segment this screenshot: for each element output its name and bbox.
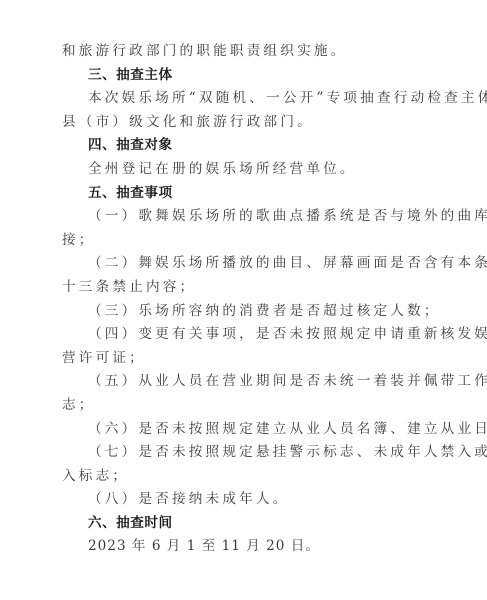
check-item-7-continued: 入标志； xyxy=(62,465,434,489)
check-item-2: （二）舞娱乐场所播放的曲目、屏幕画面是否含有本条例第 xyxy=(62,252,434,276)
section-heading-subject: 三、抽查主体 xyxy=(62,64,434,88)
check-item-1: （一）歌舞娱乐场所的歌曲点播系统是否与境外的曲库联 xyxy=(62,205,434,229)
section-heading-items: 五、抽查事项 xyxy=(62,182,434,206)
check-item-2-continued: 十三条禁止内容； xyxy=(62,276,434,300)
paragraph-line: 和旅游行政部门的职能职责组织实施。 xyxy=(62,40,434,64)
inspection-date-range: 2023 年 6 月 1 至 11 月 20 日。 xyxy=(62,535,434,559)
check-item-4-continued: 营许可证； xyxy=(62,347,434,371)
document-body: 和旅游行政部门的职能职责组织实施。 三、抽查主体 本次娱乐场所“双随机、一公开”… xyxy=(62,40,434,559)
check-item-1-continued: 接； xyxy=(62,229,434,253)
paragraph-line: 本次娱乐场所“双随机、一公开”专项抽查行动检查主体为州、 xyxy=(62,87,434,111)
document-page: 和旅游行政部门的职能职责组织实施。 三、抽查主体 本次娱乐场所“双随机、一公开”… xyxy=(0,0,487,600)
check-item-5-continued: 志； xyxy=(62,394,434,418)
section-heading-time: 六、抽查时间 xyxy=(62,512,434,536)
check-item-6: （六）是否未按照规定建立从业人员名簿、建立从业日志； xyxy=(62,418,434,442)
check-item-7: （七）是否未按照规定悬挂警示标志、未成年人禁入或者限 xyxy=(62,441,434,465)
section-heading-target: 四、抽查对象 xyxy=(62,134,434,158)
check-item-8: （八）是否接纳未成年人。 xyxy=(62,488,434,512)
check-item-5: （五）从业人员在营业期间是否未统一着装并佩带工作标 xyxy=(62,370,434,394)
check-item-4: （四）变更有关事项，是否未按照规定申请重新核发娱乐经 xyxy=(62,323,434,347)
paragraph-line: 全州登记在册的娱乐场所经营单位。 xyxy=(62,158,434,182)
paragraph-line: 县（市）级文化和旅游行政部门。 xyxy=(62,111,434,135)
check-item-3: （三）乐场所容纳的消费者是否超过核定人数； xyxy=(62,300,434,324)
